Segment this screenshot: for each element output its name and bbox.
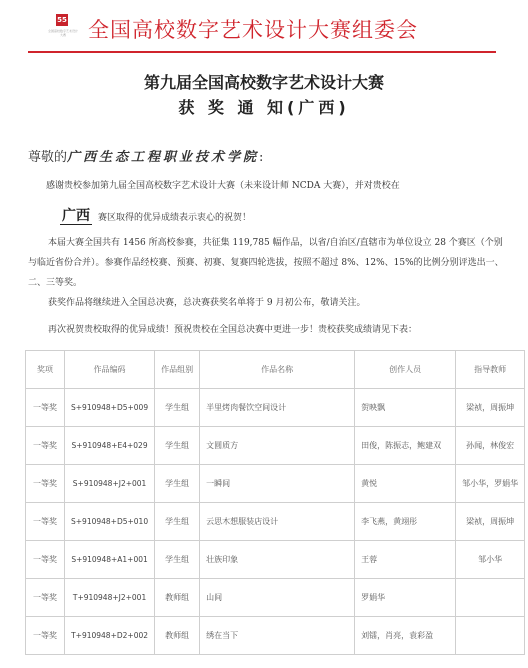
cell-work-name: 壮族印象 <box>200 541 355 579</box>
salutation-prefix: 尊敬的 <box>28 150 67 165</box>
header-work-name: 作品名称 <box>200 351 355 389</box>
cell-award: 一等奖 <box>26 503 65 541</box>
organization-title: 全国高校数字艺术设计大赛组委会 <box>88 14 418 44</box>
cell-group: 学生组 <box>155 541 200 579</box>
cell-group: 教师组 <box>155 579 200 617</box>
cell-advisors: 梁祯，周振坤 <box>456 503 525 541</box>
table-row: 一等奖 S+910948+D5+009 学生组 半里烤肉餐饮空间设计 贺映飘 梁… <box>26 389 525 427</box>
cell-code: S+910948+D5+009 <box>65 389 155 427</box>
cell-advisors <box>456 579 525 617</box>
cell-work-name: 一瞬间 <box>200 465 355 503</box>
cell-creators: 刘镭，肖亮，袁彩盈 <box>355 617 456 655</box>
letterhead: 55 全国高校数字艺术设计大赛 全国高校数字艺术设计大赛组委会 <box>28 10 496 50</box>
header-divider <box>28 51 496 53</box>
cell-code: S+910948+A1+001 <box>65 541 155 579</box>
paragraph-finals: 获奖作品将继续进入全国总决赛，总决赛获奖名单将于 9 月初公布，敬请关注。 <box>28 293 508 313</box>
header-group: 作品组别 <box>155 351 200 389</box>
cell-code: S+910948+D5+010 <box>65 503 155 541</box>
paragraph-stats: 本届大赛全国共有 1456 所高校参赛，共征集 119,785 幅作品，以省/自… <box>28 233 508 293</box>
cell-code: T+910948+D2+002 <box>65 617 155 655</box>
document-subtitle: 获 奖 通 知(广西) <box>0 95 528 118</box>
table-row: 一等奖 S+910948+J2+001 学生组 一瞬间 黄悦 邹小华，罗娟华 <box>26 465 525 503</box>
cell-group: 教师组 <box>155 617 200 655</box>
cell-code: S+910948+J2+001 <box>65 465 155 503</box>
organization-logo: 55 全国高校数字艺术设计大赛 <box>48 14 78 48</box>
cell-code: S+910948+E4+029 <box>65 427 155 465</box>
cell-creators: 李飞燕，黄翊彤 <box>355 503 456 541</box>
logo-subtext: 全国高校数字艺术设计大赛 <box>48 29 78 37</box>
cell-award: 一等奖 <box>26 617 65 655</box>
cell-award: 一等奖 <box>26 541 65 579</box>
cell-award: 一等奖 <box>26 389 65 427</box>
paragraph-closing: 再次祝贺贵校取得的优异成绩！预祝贵校在全国总决赛中更进一步！贵校获奖成绩请见下表… <box>28 320 508 340</box>
cell-award: 一等奖 <box>26 427 65 465</box>
region-congrats: 赛区取得的优异成绩表示衷心的祝贺！ <box>98 213 251 223</box>
cell-creators: 黄悦 <box>355 465 456 503</box>
cell-advisors: 梁祯，周振坤 <box>456 389 525 427</box>
document-title: 第九届全国高校数字艺术设计大赛 <box>0 70 528 93</box>
cell-creators: 田俊，陈振志，鲍建双 <box>355 427 456 465</box>
cell-advisors: 孙闻，林俊宏 <box>456 427 525 465</box>
cell-creators: 王蓉 <box>355 541 456 579</box>
awards-table: 奖项 作品编码 作品组别 作品名称 创作人员 指导教师 一等奖 S+910948… <box>25 350 525 655</box>
header-code: 作品编码 <box>65 351 155 389</box>
school-name: 广西生态工程职业技术学院 <box>67 150 259 165</box>
table-row: 一等奖 S+910948+A1+001 学生组 壮族印象 王蓉 邹小华 <box>26 541 525 579</box>
table-header-row: 奖项 作品编码 作品组别 作品名称 创作人员 指导教师 <box>26 351 525 389</box>
cell-award: 一等奖 <box>26 465 65 503</box>
region-name: 广西 <box>60 208 92 225</box>
cell-work-name: 绣在当下 <box>200 617 355 655</box>
cell-work-name: 云思木想服装店设计 <box>200 503 355 541</box>
cell-advisors: 邹小华 <box>456 541 525 579</box>
header-advisors: 指导教师 <box>456 351 525 389</box>
cell-work-name: 半里烤肉餐饮空间设计 <box>200 389 355 427</box>
table-row: 一等奖 T+910948+J2+001 教师组 山间 罗娟华 <box>26 579 525 617</box>
cell-creators: 贺映飘 <box>355 389 456 427</box>
region-line: 广西赛区取得的优异成绩表示衷心的祝贺！ <box>60 205 251 225</box>
header-award: 奖项 <box>26 351 65 389</box>
logo-mark-icon: 55 <box>56 14 68 26</box>
cell-award: 一等奖 <box>26 579 65 617</box>
salutation: 尊敬的广西生态工程职业技术学院: <box>28 146 263 165</box>
cell-group: 学生组 <box>155 427 200 465</box>
cell-advisors: 邹小华，罗娟华 <box>456 465 525 503</box>
cell-group: 学生组 <box>155 389 200 427</box>
paragraph-thanks: 感谢贵校参加第九届全国高校数字艺术设计大赛（未来设计师 NCDA 大赛），并对贵… <box>28 176 508 196</box>
salutation-suffix: : <box>259 150 263 165</box>
cell-creators: 罗娟华 <box>355 579 456 617</box>
table-row: 一等奖 S+910948+D5+010 学生组 云思木想服装店设计 李飞燕，黄翊… <box>26 503 525 541</box>
header-creators: 创作人员 <box>355 351 456 389</box>
cell-group: 学生组 <box>155 465 200 503</box>
cell-work-name: 山间 <box>200 579 355 617</box>
cell-work-name: 文圆质方 <box>200 427 355 465</box>
table-row: 一等奖 S+910948+E4+029 学生组 文圆质方 田俊，陈振志，鲍建双 … <box>26 427 525 465</box>
cell-group: 学生组 <box>155 503 200 541</box>
cell-advisors <box>456 617 525 655</box>
cell-code: T+910948+J2+001 <box>65 579 155 617</box>
table-row: 一等奖 T+910948+D2+002 教师组 绣在当下 刘镭，肖亮，袁彩盈 <box>26 617 525 655</box>
